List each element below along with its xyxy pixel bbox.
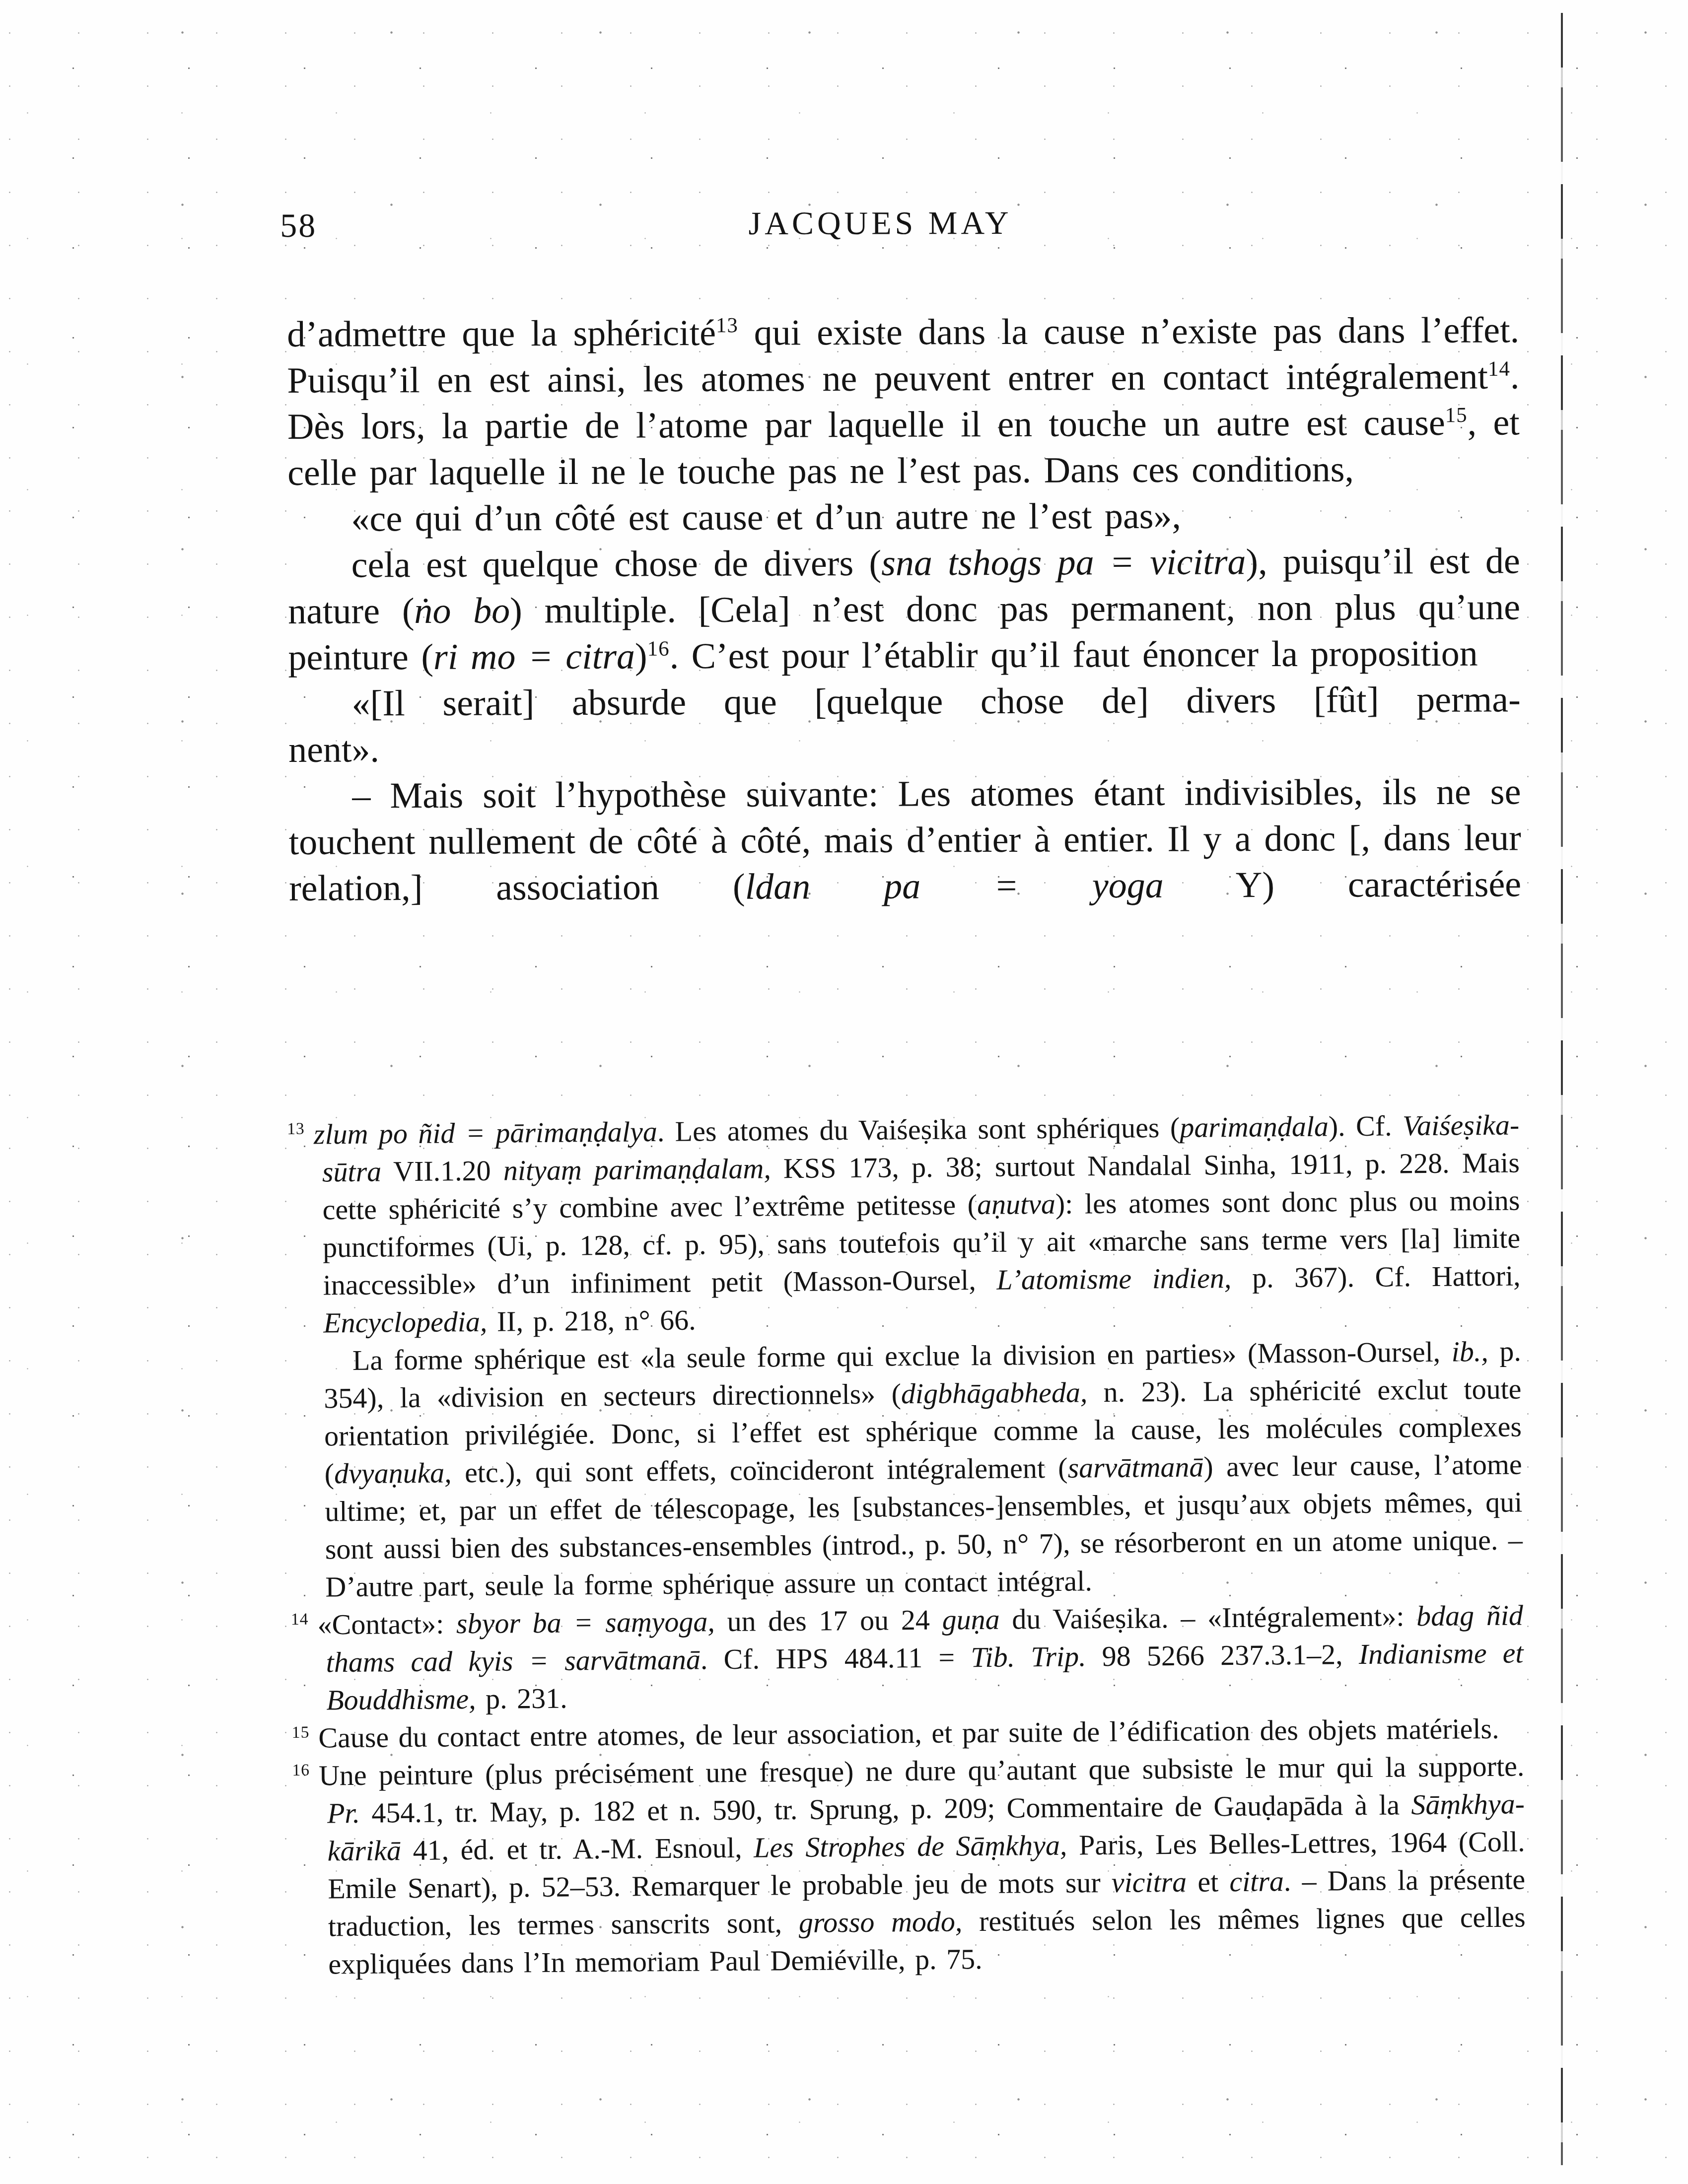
footnote-15-text: Cause du contact entre atomes, de leur a…: [318, 1712, 1499, 1754]
footnote-16-marker: 16: [292, 1761, 310, 1779]
footnote-16: 16Une peinture (plus précisément une fre…: [292, 1747, 1526, 1983]
footnotes-section: 13zlum po ñid = pārimaṇḍalya. Les atomes…: [287, 1106, 1526, 1983]
footnote-13-marker: 13: [287, 1119, 305, 1138]
footnote-14-text: «Contact»: sbyor ba = saṃyoga, un des 17…: [317, 1599, 1523, 1716]
body-quote-1: «ce qui d’un côté est cause et d’un autr…: [287, 492, 1520, 543]
footnote-13: 13zlum po ñid = pārimaṇḍalya. Les atomes…: [287, 1106, 1521, 1342]
body-paragraph-3: – Mais soit l’hypothèse suivante: Les at…: [288, 769, 1521, 912]
body-quote-2: «[Il serait] absurde que [quelque chose …: [288, 677, 1521, 773]
body-paragraph-1: d’admettre que la sphéricité13 qui exist…: [287, 307, 1520, 496]
footnote-14: 14«Contact»: sbyor ba = saṃyoga, un des …: [291, 1596, 1524, 1719]
main-text-block: d’admettre que la sphéricité13 qui exist…: [287, 307, 1521, 912]
running-head-title: JACQUES MAY: [264, 204, 1496, 244]
scan-edge-line: [1561, 13, 1563, 2165]
body-paragraph-2: cela est quelque chose de divers (sna ts…: [288, 538, 1521, 681]
footnote-14-marker: 14: [291, 1610, 309, 1628]
running-header: 58 JACQUES MAY: [287, 204, 1519, 251]
footnote-13-text: zlum po ñid = pārimaṇḍalya. Les atomes d…: [314, 1109, 1521, 1339]
footnote-13-continuation: La forme sphérique est «la seule forme q…: [289, 1332, 1523, 1606]
footnote-16-text: Une peinture (plus précisément une fresq…: [319, 1750, 1526, 1980]
footnote-15-marker: 15: [292, 1723, 310, 1741]
scanned-page: 58 JACQUES MAY d’admettre que la sphéric…: [0, 0, 1688, 2184]
